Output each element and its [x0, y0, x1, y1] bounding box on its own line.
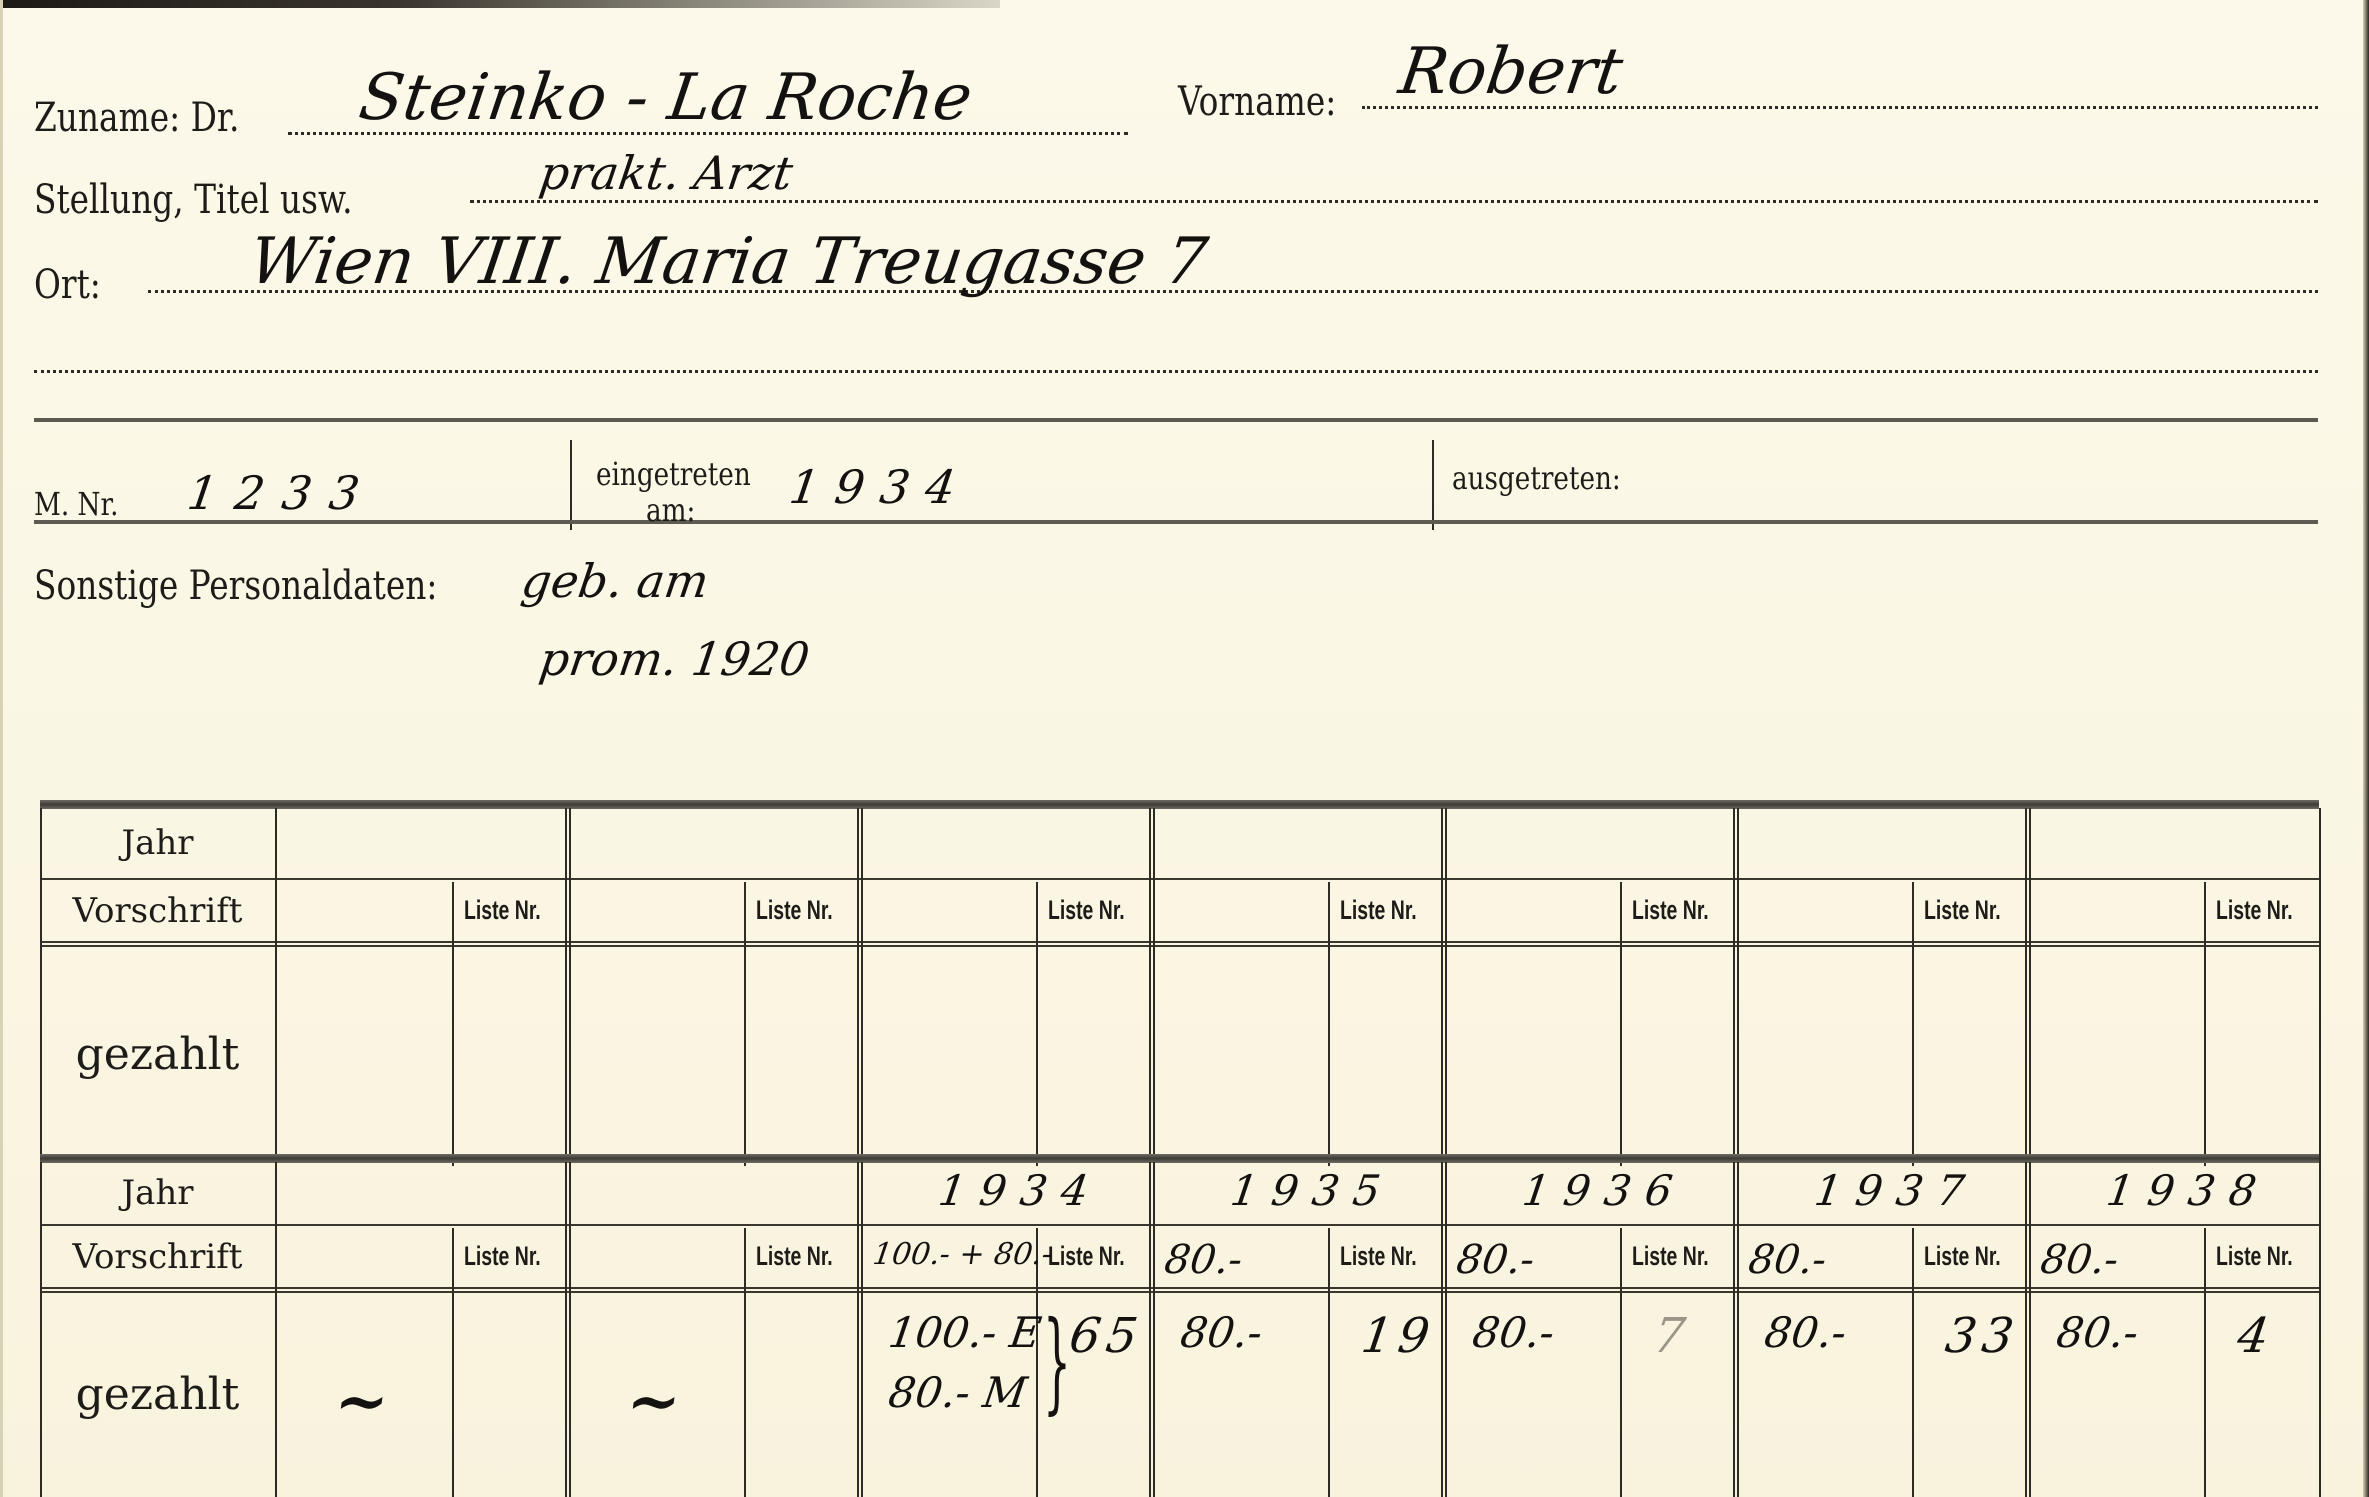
gezahlt-cell[interactable]: ~	[623, 1370, 686, 1434]
liste-nr-divider	[1620, 1228, 1622, 1497]
liste-nr-header: Liste Nr.	[1048, 897, 1125, 924]
vorschrift-cell[interactable]: 100.- + 80.-	[871, 1240, 1054, 1270]
liste-nr-divider	[1912, 882, 1914, 1166]
liste-nr-header: Liste Nr.	[1632, 897, 1709, 924]
year-group-divider	[1441, 1162, 1447, 1497]
gezahlt-cell[interactable]: 80.-	[1178, 1312, 1265, 1354]
liste-nr-header: Liste Nr.	[2216, 897, 2293, 924]
gezahlt-cell-line-2[interactable]: 80.- M	[886, 1372, 1029, 1414]
year-group-divider	[565, 1162, 571, 1497]
ort-label: Ort:	[34, 265, 101, 305]
liste-nr-cell[interactable]: 7	[1651, 1312, 1694, 1360]
liste-nr-divider	[1620, 882, 1622, 1166]
eingetreten-label: eingetreten	[596, 458, 751, 490]
personal-data-line-2: prom. 1920	[537, 636, 813, 682]
liste-nr-divider	[2204, 1228, 2206, 1497]
membership-divider-1	[570, 440, 572, 530]
liste-nr-header: Liste Nr.	[1340, 1243, 1417, 1270]
year-group-divider	[1441, 808, 1447, 1166]
liste-nr-cell[interactable]: 33	[1943, 1312, 2023, 1360]
liste-nr-divider	[744, 1228, 746, 1497]
row-separator-vorschrift	[40, 1287, 2319, 1293]
eingetreten-value: 1934	[787, 464, 975, 510]
year-group-divider	[1149, 1162, 1155, 1497]
membership-divider-2	[1432, 440, 1434, 530]
gezahlt-cell[interactable]: 80.-	[1470, 1312, 1557, 1354]
mnr-label: M. Nr.	[34, 488, 119, 520]
gezahlt-cell[interactable]: ~	[331, 1370, 394, 1434]
liste-nr-divider	[1328, 882, 1330, 1166]
stellung-value: prakt. Arzt	[537, 150, 796, 196]
row-label-vorschrift: Vorschrift	[40, 894, 275, 928]
mnr-value: 1233	[185, 470, 381, 516]
liste-nr-cell[interactable]: 19	[1359, 1312, 1439, 1360]
year-group-divider	[565, 808, 571, 1166]
jahr-cell[interactable]: 1938	[2104, 1170, 2273, 1212]
liste-nr-header: Liste Nr.	[1632, 1243, 1709, 1270]
stellung-line	[470, 200, 2318, 203]
vorname-label: Vorname:	[1178, 82, 1336, 122]
ort-value: Wien VIII. Maria Treugasse 7	[246, 230, 1212, 294]
row-label-vorschrift: Vorschrift	[40, 1240, 275, 1274]
jahr-cell[interactable]: 1936	[1520, 1170, 1689, 1212]
table-top-rule	[40, 800, 2319, 809]
vorname-value: Robert	[1396, 40, 1627, 104]
row-separator-jahr	[40, 878, 2319, 880]
ausgetreten-label: ausgetreten:	[1452, 462, 1621, 494]
blank-line	[34, 370, 2318, 373]
year-group-divider	[2025, 1162, 2031, 1497]
liste-nr-header: Liste Nr.	[464, 897, 541, 924]
year-group-divider	[857, 808, 863, 1166]
liste-nr-header: Liste Nr.	[1048, 1243, 1125, 1270]
year-group-divider	[1149, 808, 1155, 1166]
vorschrift-cell[interactable]: 80.-	[1162, 1240, 1245, 1280]
jahr-cell[interactable]: 1934	[936, 1170, 1105, 1212]
personal-data-line-1: geb. am	[519, 558, 712, 604]
zuname-label: Zuname: Dr.	[34, 98, 239, 138]
table-left-border	[40, 1162, 42, 1497]
scan-edge-right	[2363, 0, 2369, 1497]
zuname-value: Steinko - La Roche	[356, 66, 976, 130]
vorschrift-cell[interactable]: 80.-	[1746, 1240, 1829, 1280]
liste-nr-divider	[1036, 882, 1038, 1166]
liste-nr-header: Liste Nr.	[1924, 1243, 2001, 1270]
table-left-border	[40, 808, 42, 1166]
liste-nr-divider	[744, 882, 746, 1166]
liste-nr-header: Liste Nr.	[464, 1243, 541, 1270]
year-group-divider	[1733, 808, 1739, 1166]
row-label-gezahlt: gezahlt	[40, 1373, 275, 1417]
liste-nr-divider	[1912, 1228, 1914, 1497]
liste-nr-cell[interactable]: 4	[2235, 1312, 2278, 1360]
label-column-divider	[275, 808, 277, 1166]
liste-nr-divider	[1328, 1228, 1330, 1497]
year-group-divider	[1733, 1162, 1739, 1497]
row-separator-jahr	[40, 1224, 2319, 1226]
row-label-gezahlt: gezahlt	[40, 1033, 275, 1077]
liste-nr-header: Liste Nr.	[2216, 1243, 2293, 1270]
membership-index-card: Zuname: Dr. Steinko - La Roche Vorname: …	[0, 0, 2369, 1497]
eingetreten-am-label: am:	[646, 494, 695, 526]
membership-top-rule	[34, 418, 2318, 422]
row-label-jahr: Jahr	[40, 1176, 275, 1210]
year-group-divider	[857, 1162, 863, 1497]
stellung-label: Stellung, Titel usw.	[34, 180, 353, 220]
gezahlt-cell[interactable]: 80.-	[1762, 1312, 1849, 1354]
liste-nr-divider	[2204, 882, 2206, 1166]
vorschrift-cell[interactable]: 80.-	[1454, 1240, 1537, 1280]
label-column-divider	[275, 1162, 277, 1497]
liste-nr-divider	[452, 1228, 454, 1497]
jahr-cell[interactable]: 1937	[1812, 1170, 1981, 1212]
brace-icon: }	[1043, 1306, 1071, 1416]
gezahlt-cell[interactable]: 100.- E	[886, 1312, 1044, 1354]
liste-nr-divider	[452, 882, 454, 1166]
liste-nr-header: Liste Nr.	[756, 1243, 833, 1270]
gezahlt-cell[interactable]: 80.-	[2054, 1312, 2141, 1354]
year-group-divider	[2025, 808, 2031, 1166]
row-label-jahr: Jahr	[40, 826, 275, 860]
row-separator-vorschrift	[40, 941, 2319, 947]
scan-edge-top	[0, 0, 1000, 8]
liste-nr-header: Liste Nr.	[756, 897, 833, 924]
table-top-rule	[40, 1154, 2319, 1163]
liste-nr-header: Liste Nr.	[1340, 897, 1417, 924]
scan-edge-left	[0, 0, 3, 1497]
vorschrift-cell[interactable]: 80.-	[2038, 1240, 2121, 1280]
liste-nr-cell[interactable]: 65	[1067, 1312, 1147, 1360]
personal-data-label: Sonstige Personaldaten:	[34, 566, 437, 606]
table-right-border	[2319, 808, 2321, 1166]
liste-nr-header: Liste Nr.	[1924, 897, 2001, 924]
table-right-border	[2319, 1162, 2321, 1497]
membership-bottom-rule	[34, 520, 2318, 524]
jahr-cell[interactable]: 1935	[1228, 1170, 1397, 1212]
